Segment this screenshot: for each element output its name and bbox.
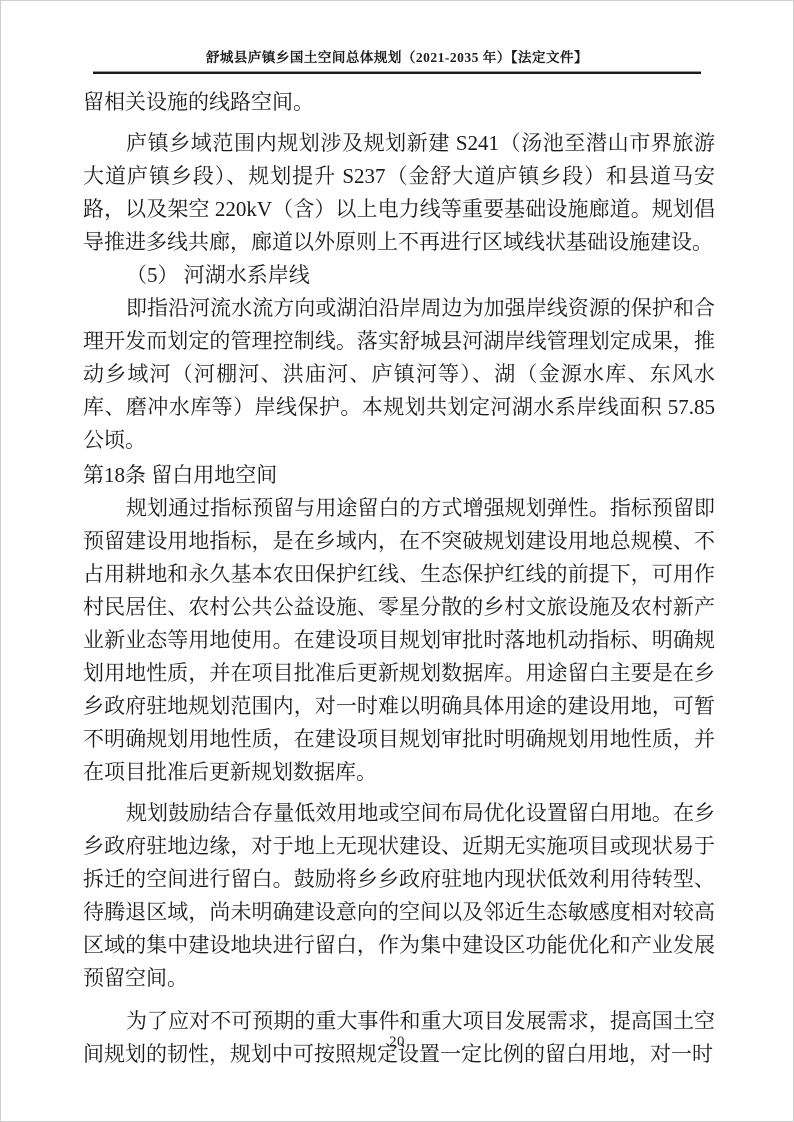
paragraph-continuation: 留相关设施的线路空间。 bbox=[83, 86, 715, 119]
paragraph: 规划通过指标预留与用途留白的方式增强规划弹性。指标预留即预留建设用地指标，是在乡… bbox=[83, 492, 715, 789]
document-body: 留相关设施的线路空间。 庐镇乡域范围内规划涉及规划新建 S241（汤池至潜山市界… bbox=[83, 86, 715, 1071]
paragraph: 即指沿河流水流方向或湖泊沿岸周边为加强岸线资源的保护和合理开发而划定的管理控制线… bbox=[83, 292, 715, 457]
paragraph: 规划鼓励结合存量低效用地或空间布局优化设置留白用地。在乡乡政府驻地边缘，对于地上… bbox=[83, 797, 715, 995]
article-heading-18: 第18条 留白用地空间 bbox=[83, 459, 715, 492]
document-page: 舒城县庐镇乡国土空间总体规划（2021-2035 年）【法定文件】 留相关设施的… bbox=[0, 0, 794, 1122]
section-heading-5: （5） 河湖水系岸线 bbox=[83, 259, 715, 292]
header-rule bbox=[93, 71, 701, 74]
page-number: 20 bbox=[0, 1034, 794, 1051]
page-header: 舒城县庐镇乡国土空间总体规划（2021-2035 年）【法定文件】 bbox=[0, 46, 794, 67]
paragraph: 庐镇乡域范围内规划涉及规划新建 S241（汤池至潜山市界旅游大道庐镇乡段）、规划… bbox=[83, 127, 715, 259]
page-header-title: 舒城县庐镇乡国土空间总体规划（2021-2035 年）【法定文件】 bbox=[206, 50, 588, 65]
